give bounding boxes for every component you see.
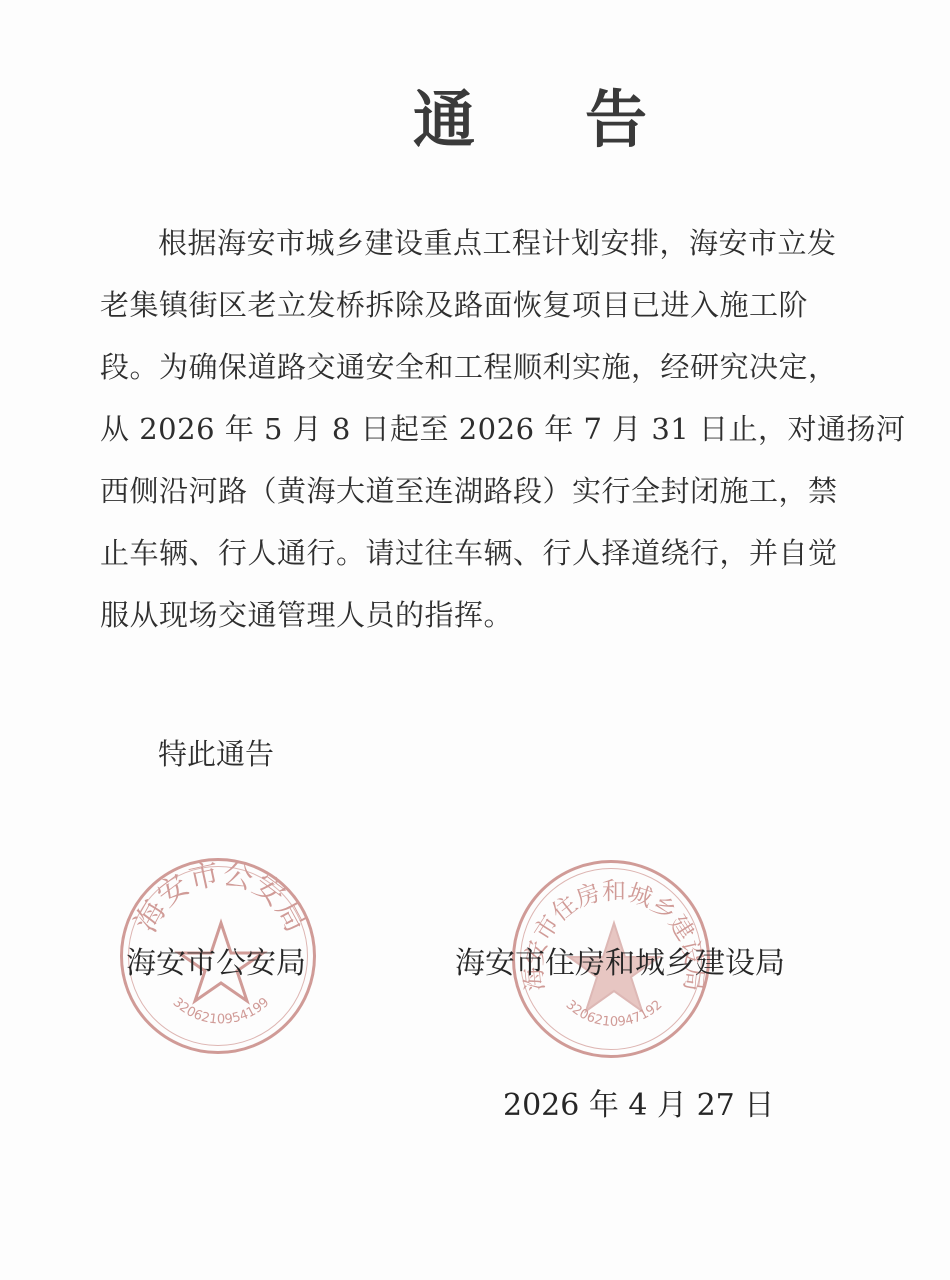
- body-line: 根据海安市城乡建设重点工程计划安排，海安市立发: [100, 212, 860, 274]
- notice-title: 通告: [0, 70, 950, 159]
- body-line: 西侧沿河路（黄海大道至连湖路段）实行全封闭施工，禁: [100, 460, 860, 522]
- signatory-police: 海安市公安局: [126, 938, 306, 982]
- svg-text:3206210947192: 3206210947192: [563, 997, 666, 1029]
- notice-body: 根据海安市城乡建设重点工程计划安排，海安市立发 老集镇街区老立发桥拆除及路面恢复…: [100, 212, 860, 646]
- closing-text: 特此通告: [158, 732, 274, 773]
- body-line: 止车辆、行人通行。请过往车辆、行人择道绕行，并自觉: [100, 522, 860, 584]
- issue-date: 2026 年 4 月 27 日: [503, 1080, 774, 1124]
- svg-text:3206210954199: 3206210954199: [170, 995, 273, 1027]
- body-line: 服从现场交通管理人员的指挥。: [100, 584, 860, 646]
- body-line: 段。为确保道路交通安全和工程顺利实施，经研究决定，: [100, 336, 860, 398]
- signatory-housing: 海安市住房和城乡建设局: [455, 938, 785, 982]
- body-line: 从 2026 年 5 月 8 日起至 2026 年 7 月 31 日止，对通扬河: [100, 398, 860, 460]
- body-line: 老集镇街区老立发桥拆除及路面恢复项目已进入施工阶: [100, 274, 860, 336]
